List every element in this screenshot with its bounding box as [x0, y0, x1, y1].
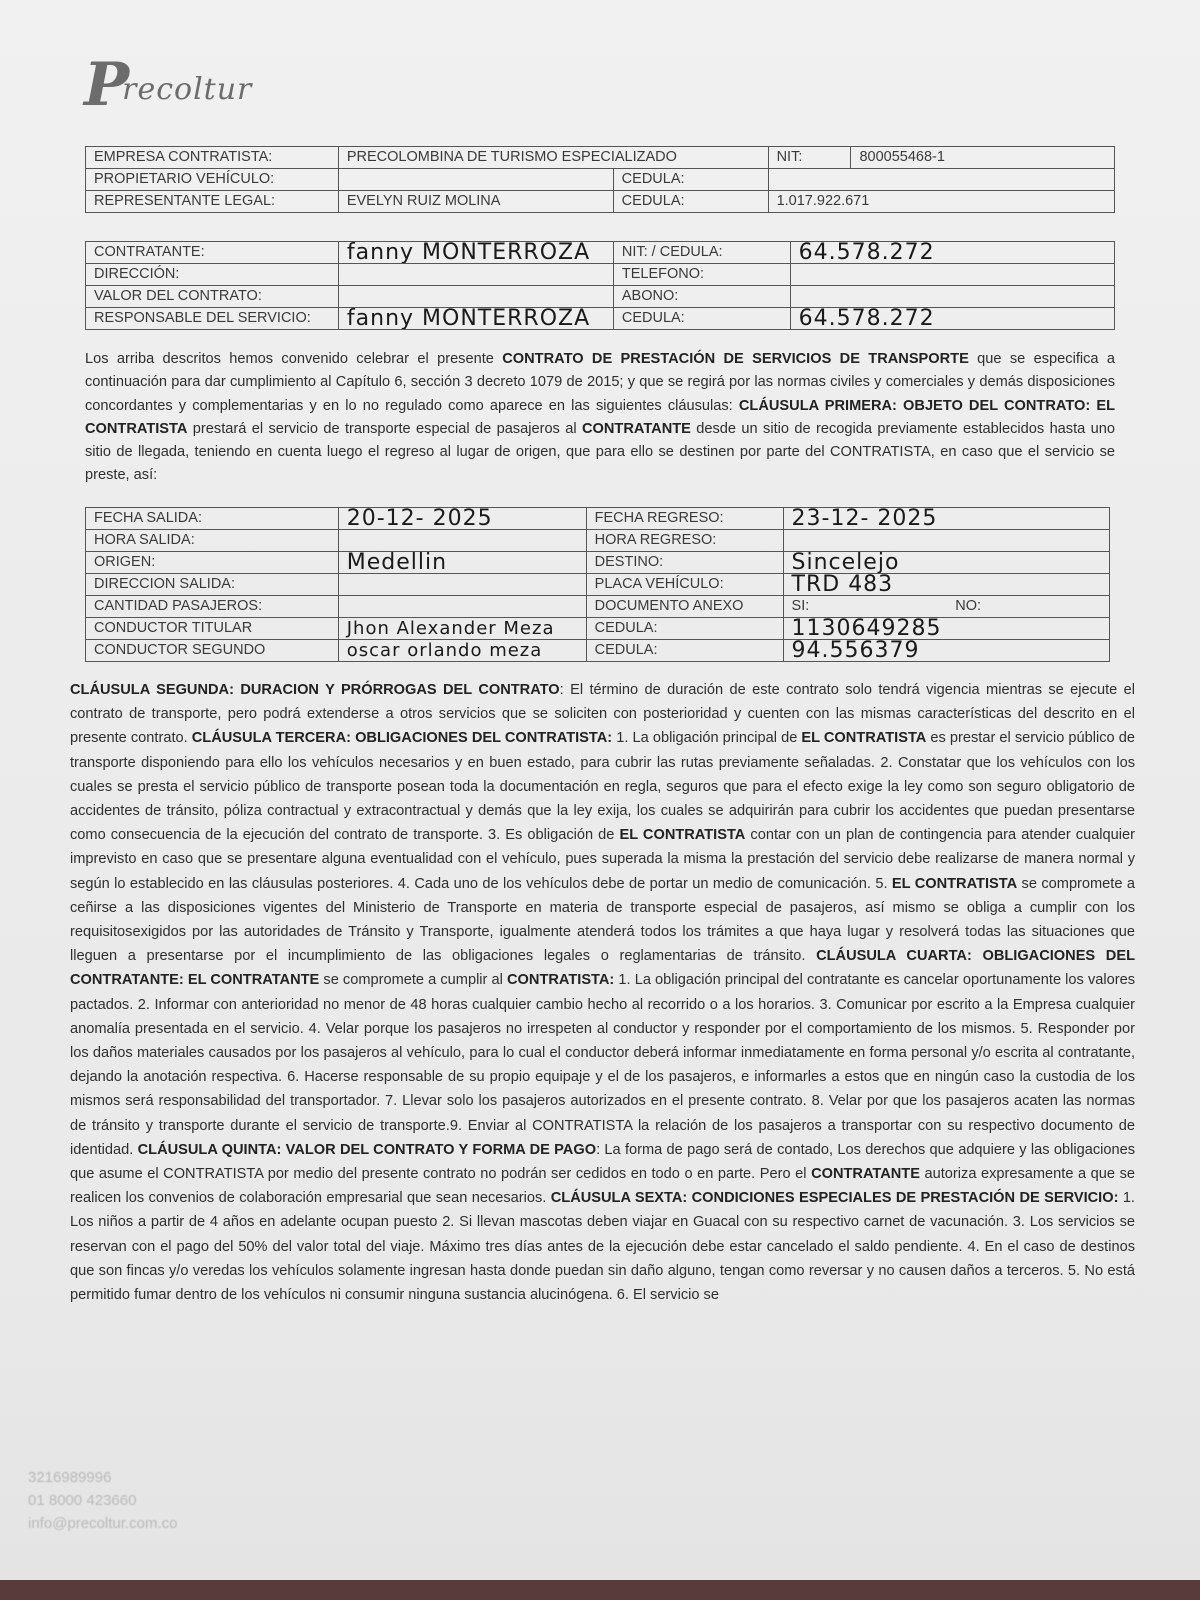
intro-bold: CONTRATO DE PRESTACIÓN DE SERVICIOS DE T…	[502, 351, 969, 367]
empresa-label: EMPRESA CONTRATISTA:	[86, 147, 339, 169]
table-row: DIRECCION SALIDA: PLACA VEHÍCULO: TRD 48…	[86, 574, 1110, 596]
documento-anexo-label: DOCUMENTO ANEXO	[586, 596, 783, 618]
table-row: HORA SALIDA: HORA REGRESO:	[86, 530, 1110, 552]
fecha-salida-value: 20-12- 2025	[338, 508, 586, 530]
table-row: DIRECCIÓN: TELEFONO:	[86, 264, 1115, 286]
clause-bold: CONTRATANTE	[811, 1166, 920, 1182]
documento-anexo-options: SI:NO:	[783, 596, 1109, 618]
hora-regreso-label: HORA REGRESO:	[586, 530, 783, 552]
intro-text: prestará el servicio de transporte espec…	[187, 421, 582, 437]
nit-value: 800055468-1	[851, 147, 1115, 169]
logo-text: recoltur	[122, 72, 252, 107]
clause-bold: CONTRATISTA:	[507, 972, 614, 988]
propietario-cedula-label: CEDULA:	[613, 169, 768, 191]
origen-value: Medellin	[338, 552, 586, 574]
footer-phone: 01 8000 423660	[28, 1489, 177, 1512]
no-label: NO:	[955, 596, 981, 617]
conductor-segundo-value: oscar orlando meza	[338, 640, 586, 662]
table-row: CONDUCTOR SEGUNDO oscar orlando meza CED…	[86, 640, 1110, 662]
clause-text: 1. Los niños a partir de 4 años en adela…	[70, 1190, 1135, 1303]
representante-cedula-label: CEDULA:	[613, 191, 768, 213]
clause-text: 1. La obligación principal del contratan…	[70, 972, 1135, 1157]
nit-cedula-value: 64.578.272	[790, 242, 1114, 264]
representante-value: EVELYN RUIZ MOLINA	[338, 191, 613, 213]
destino-label: DESTINO:	[586, 552, 783, 574]
clause-bold: EL CONTRATISTA	[892, 876, 1017, 892]
representante-cedula-value: 1.017.922.671	[768, 191, 1114, 213]
conductor-titular-cedula-value: 1130649285	[783, 618, 1109, 640]
client-info-table: CONTRATANTE: fanny MONTERROZA NIT: / CED…	[85, 241, 1115, 330]
clause-bold: EL CONTRATISTA	[619, 827, 745, 843]
valor-value	[338, 286, 613, 308]
table-row: CONDUCTOR TITULAR Jhon Alexander Meza CE…	[86, 618, 1110, 640]
empresa-value: PRECOLOMBINA DE TURISMO ESPECIALIZADO	[338, 147, 768, 169]
responsable-label: RESPONSABLE DEL SERVICIO:	[86, 308, 339, 330]
footer-phone: 3216989996	[28, 1466, 177, 1489]
table-row: VALOR DEL CONTRATO: ABONO:	[86, 286, 1115, 308]
nit-label: NIT:	[768, 147, 851, 169]
telefono-value	[790, 264, 1114, 286]
conductor-segundo-cedula-label: CEDULA:	[586, 640, 783, 662]
clause-bold: EL CONTRATISTA	[801, 730, 926, 746]
conductor-segundo-cedula-value: 94.556379	[783, 640, 1109, 662]
responsable-cedula-label: CEDULA:	[613, 308, 790, 330]
abono-label: ABONO:	[613, 286, 790, 308]
representante-label: REPRESENTANTE LEGAL:	[86, 191, 339, 213]
responsable-cedula-value: 64.578.272	[790, 308, 1114, 330]
footer-email: info@precoltur.com.co	[28, 1512, 177, 1535]
clause-heading: CLÁUSULA TERCERA: OBLIGACIONES DEL CONTR…	[192, 730, 612, 746]
contratante-label: CONTRATANTE:	[86, 242, 339, 264]
telefono-label: TELEFONO:	[613, 264, 790, 286]
hora-salida-label: HORA SALIDA:	[86, 530, 339, 552]
trip-info-table: FECHA SALIDA: 20-12- 2025 FECHA REGRESO:…	[85, 507, 1110, 662]
fecha-regreso-value: 23-12- 2025	[783, 508, 1109, 530]
intro-text: Los arriba descritos hemos convenido cel…	[85, 351, 502, 367]
nit-cedula-label: NIT: / CEDULA:	[613, 242, 790, 264]
conductor-segundo-label: CONDUCTOR SEGUNDO	[86, 640, 339, 662]
clause-heading: CLÁUSULA SEGUNDA: DURACION Y PRÓRROGAS D…	[70, 682, 560, 698]
conductor-titular-label: CONDUCTOR TITULAR	[86, 618, 339, 640]
hora-regreso-value	[783, 530, 1109, 552]
placa-label: PLACA VEHÍCULO:	[586, 574, 783, 596]
propietario-cedula-value	[768, 169, 1114, 191]
placa-value: TRD 483	[783, 574, 1109, 596]
table-row: REPRESENTANTE LEGAL: EVELYN RUIZ MOLINA …	[86, 191, 1115, 213]
destino-value: Sincelejo	[783, 552, 1109, 574]
direccion-label: DIRECCIÓN:	[86, 264, 339, 286]
table-row: EMPRESA CONTRATISTA: PRECOLOMBINA DE TUR…	[86, 147, 1115, 169]
fecha-salida-label: FECHA SALIDA:	[86, 508, 339, 530]
propietario-value	[338, 169, 613, 191]
direccion-value	[338, 264, 613, 286]
table-row: CANTIDAD PASAJEROS: DOCUMENTO ANEXO SI:N…	[86, 596, 1110, 618]
table-row: FECHA SALIDA: 20-12- 2025 FECHA REGRESO:…	[86, 508, 1110, 530]
intro-paragraph: Los arriba descritos hemos convenido cel…	[85, 348, 1115, 488]
direccion-salida-value	[338, 574, 586, 596]
cantidad-pasajeros-label: CANTIDAD PASAJEROS:	[86, 596, 339, 618]
si-label: SI:	[792, 596, 810, 617]
direccion-salida-label: DIRECCION SALIDA:	[86, 574, 339, 596]
hora-salida-value	[338, 530, 586, 552]
intro-bold: CONTRATANTE	[582, 421, 691, 437]
table-row: ORIGEN: Medellin DESTINO: Sincelejo	[86, 552, 1110, 574]
contract-page: Precoltur EMPRESA CONTRATISTA: PRECOLOMB…	[0, 0, 1200, 1580]
conductor-titular-cedula-label: CEDULA:	[586, 618, 783, 640]
cantidad-pasajeros-value	[338, 596, 586, 618]
company-logo: Precoltur	[84, 50, 252, 120]
valor-label: VALOR DEL CONTRATO:	[86, 286, 339, 308]
clauses-paragraph: CLÁUSULA SEGUNDA: DURACION Y PRÓRROGAS D…	[70, 678, 1135, 1307]
clause-heading: CLÁUSULA QUINTA: VALOR DEL CONTRATO Y FO…	[138, 1142, 596, 1158]
contratante-value: fanny MONTERROZA	[338, 242, 613, 264]
table-row: PROPIETARIO VEHÍCULO: CEDULA:	[86, 169, 1115, 191]
table-row: CONTRATANTE: fanny MONTERROZA NIT: / CED…	[86, 242, 1115, 264]
fecha-regreso-label: FECHA REGRESO:	[586, 508, 783, 530]
propietario-label: PROPIETARIO VEHÍCULO:	[86, 169, 339, 191]
clause-heading: CLÁUSULA SEXTA: CONDICIONES ESPECIALES D…	[551, 1190, 1119, 1206]
responsable-value: fanny MONTERROZA	[338, 308, 613, 330]
abono-value	[790, 286, 1114, 308]
company-info-table: EMPRESA CONTRATISTA: PRECOLOMBINA DE TUR…	[85, 146, 1115, 213]
conductor-titular-value: Jhon Alexander Meza	[338, 618, 586, 640]
table-row: RESPONSABLE DEL SERVICIO: fanny MONTERRO…	[86, 308, 1115, 330]
footer-contact: 3216989996 01 8000 423660 info@precoltur…	[28, 1466, 177, 1535]
clause-text: 1. La obligación principal de	[612, 730, 801, 746]
clause-text: se compromete a cumplir al	[319, 972, 507, 988]
origen-label: ORIGEN:	[86, 552, 339, 574]
